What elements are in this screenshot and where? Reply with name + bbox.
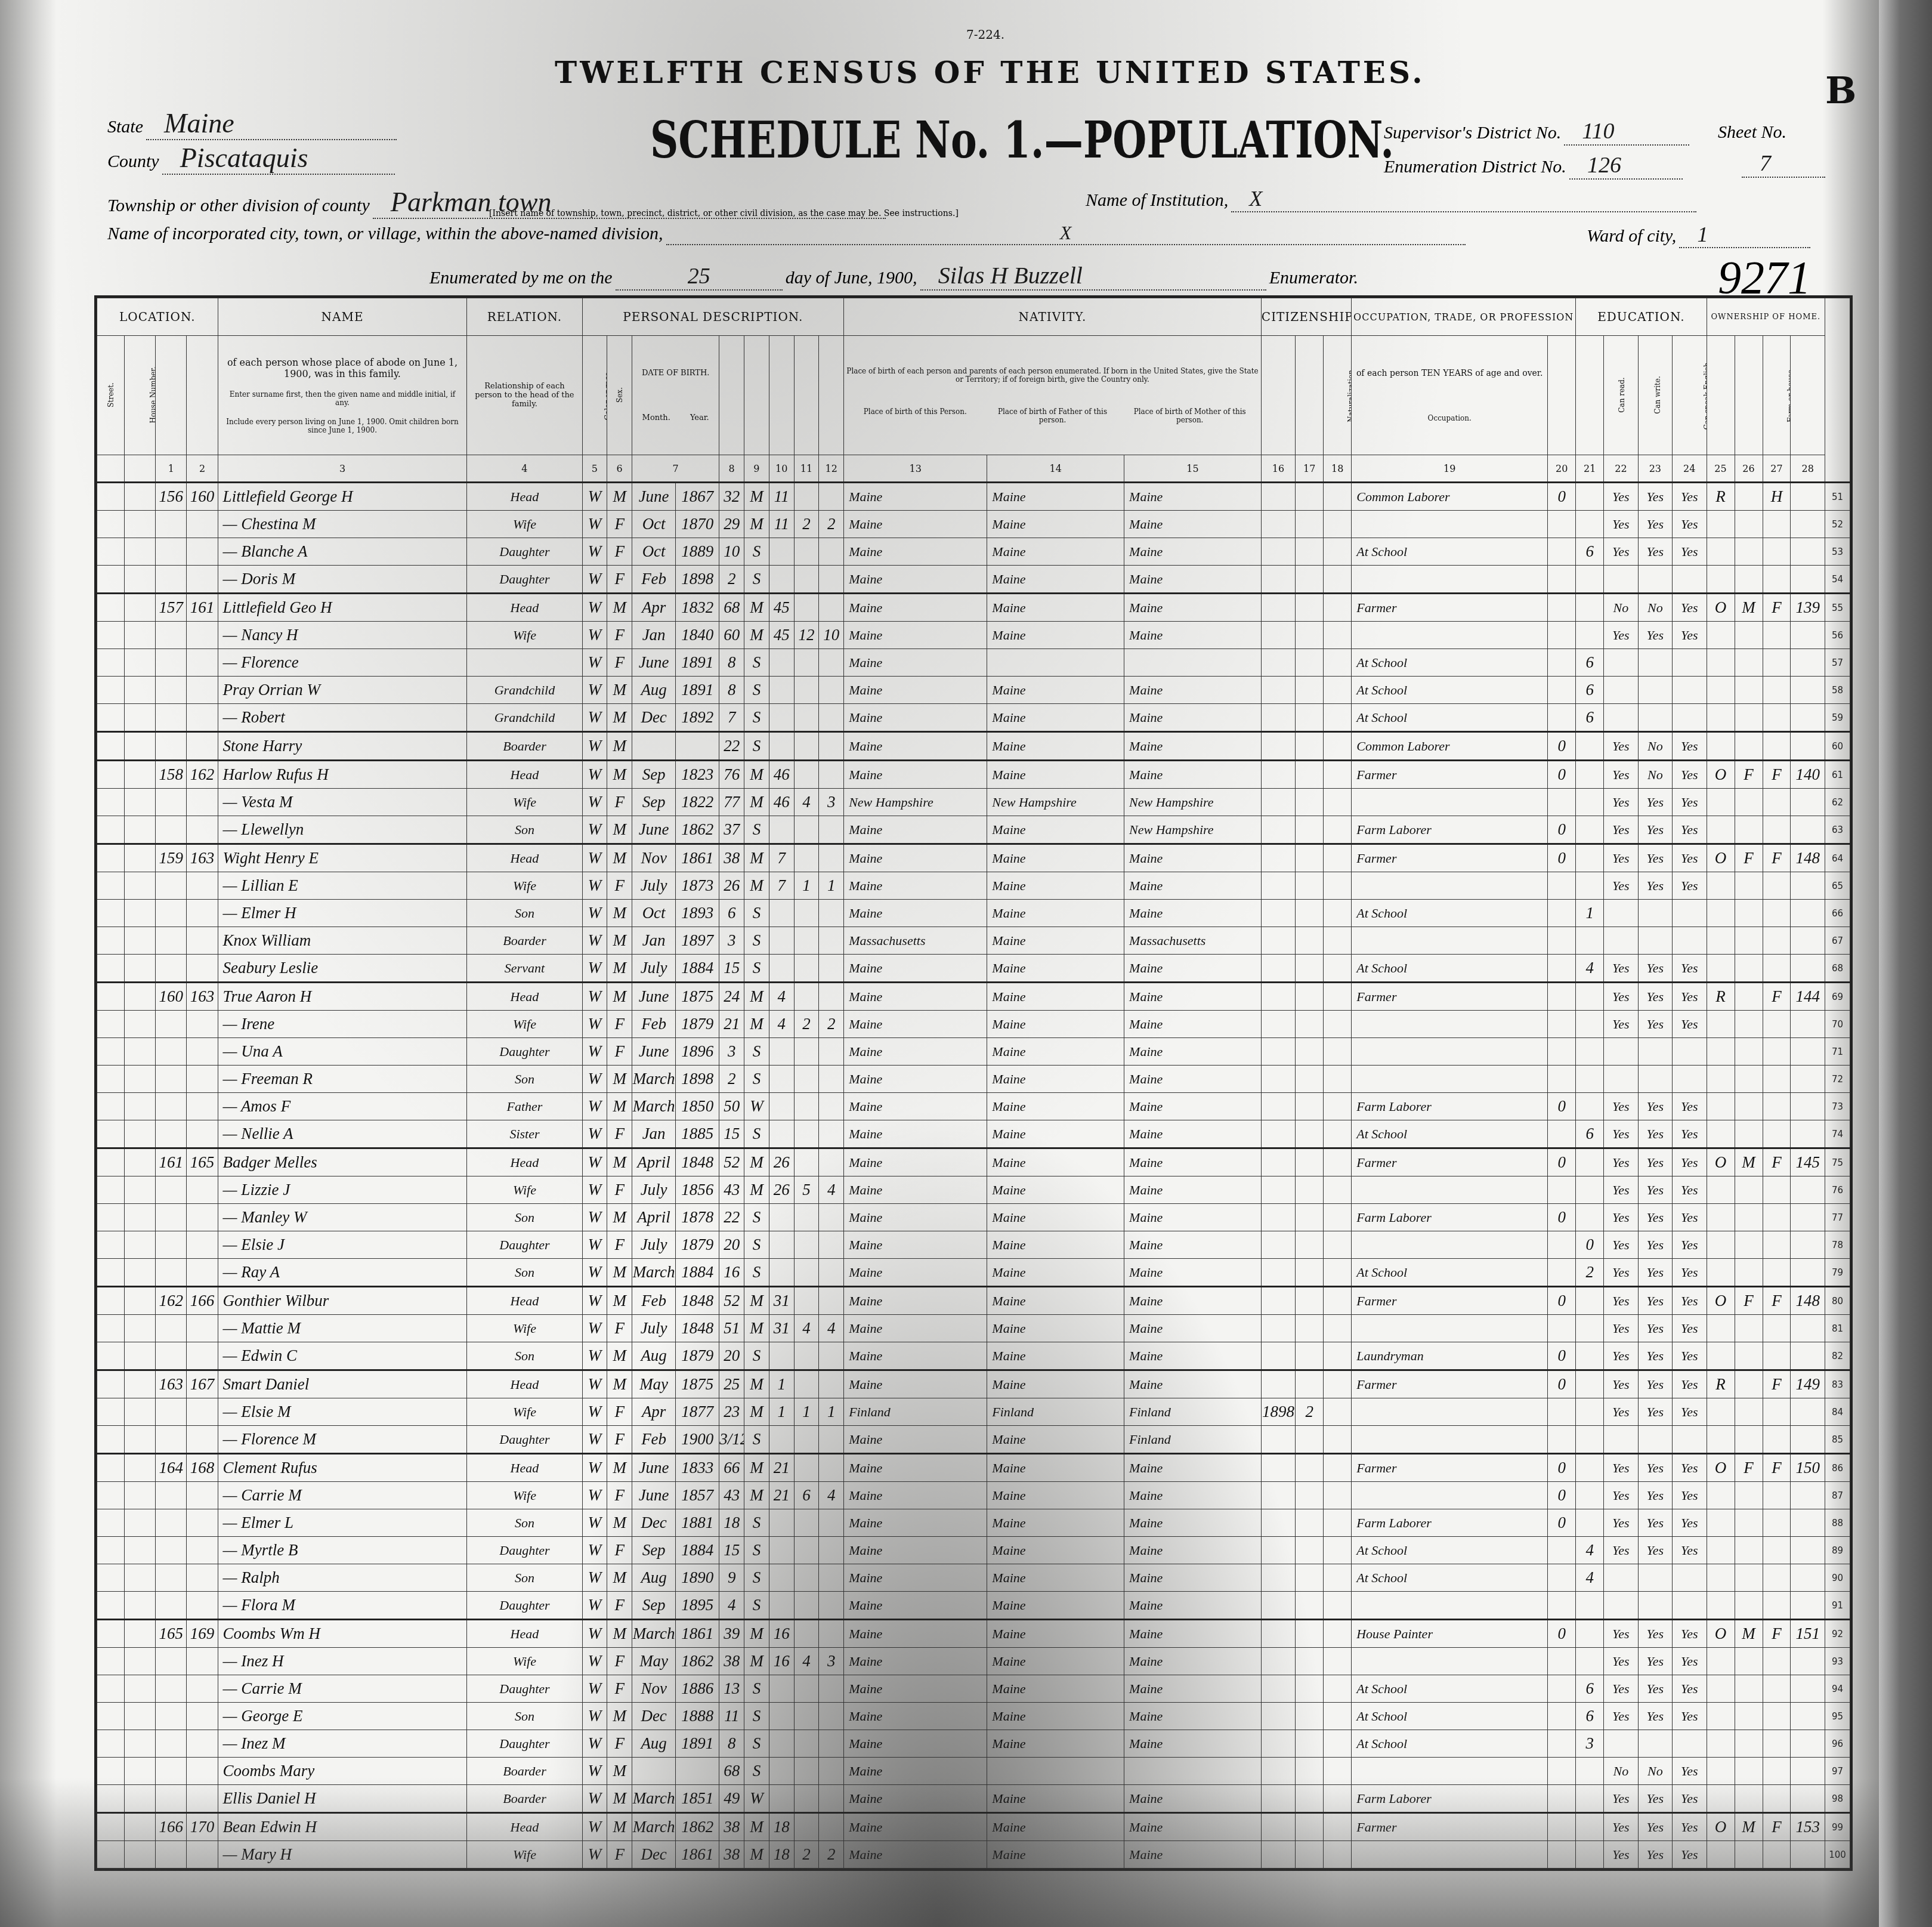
cell-immigration <box>1261 1564 1295 1592</box>
cell-family <box>187 1259 218 1287</box>
cell-street <box>97 1370 125 1398</box>
table-row: Coombs MaryBoarderWM68SMaineNoNoYes97 <box>97 1758 1850 1785</box>
cell-dwelling: 166 <box>156 1813 187 1841</box>
cell-read: Yes <box>1604 816 1638 844</box>
cell-marital: M <box>744 1176 769 1204</box>
cell-year: 1892 <box>676 704 719 732</box>
cell-naturalization <box>1324 483 1352 511</box>
cell-street <box>97 1841 125 1869</box>
cell-yrs-married <box>769 1066 794 1093</box>
cell-marital: S <box>744 927 769 955</box>
cell-pob: New Hampshire <box>844 789 987 816</box>
cell-house <box>124 1785 155 1813</box>
cell-yrs-married <box>769 1231 794 1259</box>
cell-pob-mother: Massachusetts <box>1124 927 1262 955</box>
table-row: 158162Harlow Rufus HHeadWMSep182376M46Ma… <box>97 761 1850 789</box>
cell-name: Bean Edwin H <box>218 1813 467 1841</box>
cell-farm-house <box>1763 1703 1791 1730</box>
cell-unemployed <box>1548 622 1576 649</box>
cell-naturalization <box>1324 1509 1352 1537</box>
cell-read <box>1604 566 1638 594</box>
cell-farm-house <box>1763 1120 1791 1148</box>
cell-school <box>1576 1342 1604 1370</box>
cell-house <box>124 483 155 511</box>
cell-age: 11 <box>719 1703 744 1730</box>
cell-school <box>1576 927 1604 955</box>
cell-street <box>97 649 125 677</box>
cell-dwelling <box>156 1758 187 1785</box>
colnum-17: 17 <box>1296 455 1324 483</box>
cell-name: Coombs Wm H <box>218 1620 467 1648</box>
cell-school: 6 <box>1576 538 1604 566</box>
cell-read <box>1604 677 1638 704</box>
cell-house <box>124 511 155 538</box>
cell-yrs-married <box>769 649 794 677</box>
cell-immigration <box>1261 704 1295 732</box>
cell-occupation <box>1352 1841 1548 1869</box>
table-row: 156160Littlefield George HHeadWMJune1867… <box>97 483 1850 511</box>
cell-speak <box>1673 1426 1707 1454</box>
cell-pob-father: Maine <box>987 761 1124 789</box>
cell-occupation <box>1352 1398 1548 1426</box>
cell-free <box>1735 983 1763 1011</box>
cell-school <box>1576 1620 1604 1648</box>
cell-relation: Son <box>467 1204 582 1231</box>
cell-years-us <box>1296 1148 1324 1176</box>
cell-farm-house <box>1763 1426 1791 1454</box>
cell-years-us <box>1296 1482 1324 1509</box>
cell-name: — Mary H <box>218 1841 467 1869</box>
cell-line: 72 <box>1825 1066 1850 1093</box>
cell-name: — Lizzie J <box>218 1176 467 1204</box>
cell-write: Yes <box>1638 1259 1672 1287</box>
cell-farm-house <box>1763 677 1791 704</box>
institution-label: Name of Institution, <box>1086 190 1228 210</box>
cell-immigration <box>1261 1620 1295 1648</box>
cell-farm-house: F <box>1763 844 1791 872</box>
cell-marital: S <box>744 1231 769 1259</box>
cell-color: W <box>582 955 607 983</box>
cell-name: — Inez H <box>218 1648 467 1675</box>
cell-speak <box>1673 649 1707 677</box>
cell-year: 1856 <box>676 1176 719 1204</box>
cell-street <box>97 1537 125 1564</box>
cell-line: 93 <box>1825 1648 1850 1675</box>
cell-pob: Maine <box>844 677 987 704</box>
cell-owned <box>1707 1315 1735 1342</box>
cell-pob: Maine <box>844 1648 987 1675</box>
cell-speak <box>1673 1066 1707 1093</box>
cell-mother-of: 12 <box>794 622 819 649</box>
cell-family <box>187 789 218 816</box>
cell-dwelling <box>156 1703 187 1730</box>
cell-speak: Yes <box>1673 1287 1707 1315</box>
cell-line: 77 <box>1825 1204 1850 1231</box>
cell-unemployed <box>1548 1398 1576 1426</box>
cell-pob-mother: Maine <box>1124 538 1262 566</box>
cell-yrs-married: 11 <box>769 511 794 538</box>
cell-mother-of <box>794 1537 819 1564</box>
cell-line: 76 <box>1825 1176 1850 1204</box>
cell-owned <box>1707 1703 1735 1730</box>
cell-family <box>187 816 218 844</box>
nativity-subheaders: Place of birth of this Person. Place of … <box>846 407 1259 424</box>
cell-yrs-married: 18 <box>769 1841 794 1869</box>
cell-pob: Maine <box>844 1315 987 1342</box>
cell-pob-father: Maine <box>987 1038 1124 1066</box>
cell-age: 25 <box>719 1370 744 1398</box>
cell-immigration <box>1261 1592 1295 1620</box>
cell-years-us <box>1296 1342 1324 1370</box>
cell-age: 52 <box>719 1148 744 1176</box>
cell-pob-father: Maine <box>987 1592 1124 1620</box>
cell-schedule <box>1791 955 1825 983</box>
cell-free <box>1735 677 1763 704</box>
cell-dwelling <box>156 511 187 538</box>
cell-house <box>124 816 155 844</box>
cell-pob-mother: Maine <box>1124 1204 1262 1231</box>
cell-street <box>97 1592 125 1620</box>
cell-school <box>1576 1204 1604 1231</box>
cell-year: 1850 <box>676 1093 719 1120</box>
cell-year: 1848 <box>676 1287 719 1315</box>
cell-sex: M <box>607 1148 632 1176</box>
cell-month: June <box>632 483 676 511</box>
supervisor-field: Supervisor's District No. 110 <box>1384 118 1689 146</box>
cell-read: Yes <box>1604 1620 1638 1648</box>
cell-read: No <box>1604 594 1638 622</box>
cell-age: 9 <box>719 1564 744 1592</box>
cell-pob: Maine <box>844 1620 987 1648</box>
cell-years-us <box>1296 1813 1324 1841</box>
cell-year: 1862 <box>676 1648 719 1675</box>
cell-living <box>819 1231 844 1259</box>
cell-unemployed: 0 <box>1548 1370 1576 1398</box>
cell-free <box>1735 1426 1763 1454</box>
cell-street <box>97 622 125 649</box>
cell-year: 1886 <box>676 1675 719 1703</box>
cell-age: 68 <box>719 1758 744 1785</box>
cell-owned <box>1707 1564 1735 1592</box>
cell-month: July <box>632 1231 676 1259</box>
cell-line: 90 <box>1825 1564 1850 1592</box>
cell-year: 1895 <box>676 1592 719 1620</box>
table-row: — Lizzie JWifeWFJuly185643M2654MaineMain… <box>97 1176 1850 1204</box>
cell-color: W <box>582 1398 607 1426</box>
cell-name: — Freeman R <box>218 1066 467 1093</box>
years-us-header: Number of years in the United States. <box>1296 336 1324 455</box>
cell-write: Yes <box>1638 1148 1672 1176</box>
cell-speak <box>1673 1592 1707 1620</box>
cell-owned <box>1707 816 1735 844</box>
cell-free: F <box>1735 1454 1763 1482</box>
cell-schedule <box>1791 1342 1825 1370</box>
cell-farm-house: F <box>1763 1370 1791 1398</box>
cell-unemployed <box>1548 983 1576 1011</box>
table-row: — Amos FFatherWMMarch185050WMaineMaineMa… <box>97 1093 1850 1120</box>
cell-age: 2 <box>719 1066 744 1093</box>
cell-pob-mother: Maine <box>1124 1370 1262 1398</box>
cell-school <box>1576 566 1604 594</box>
cell-years-us <box>1296 511 1324 538</box>
cell-street <box>97 1648 125 1675</box>
cell-relation: Head <box>467 483 582 511</box>
cell-color: W <box>582 1509 607 1537</box>
cell-read: Yes <box>1604 1093 1638 1120</box>
cell-mother-of <box>794 1509 819 1537</box>
cell-yrs-married: 16 <box>769 1648 794 1675</box>
cell-age: 37 <box>719 816 744 844</box>
cell-family <box>187 1730 218 1758</box>
cell-relation: Daughter <box>467 1038 582 1066</box>
cell-farm-house <box>1763 1093 1791 1120</box>
cell-family <box>187 1093 218 1120</box>
cell-read: Yes <box>1604 1315 1638 1342</box>
cell-free <box>1735 483 1763 511</box>
cell-unemployed <box>1548 1038 1576 1066</box>
cell-sex: F <box>607 1841 632 1869</box>
cell-write: Yes <box>1638 844 1672 872</box>
cell-write: Yes <box>1638 1176 1672 1204</box>
cell-speak <box>1673 704 1707 732</box>
cell-relation: Head <box>467 1287 582 1315</box>
cell-years-us: 2 <box>1296 1398 1324 1426</box>
cell-schedule <box>1791 1703 1825 1730</box>
cell-age: 7 <box>719 704 744 732</box>
cell-write: Yes <box>1638 1813 1672 1841</box>
cell-month: Aug <box>632 1730 676 1758</box>
cell-pob: Maine <box>844 1703 987 1730</box>
cell-sex: M <box>607 1785 632 1813</box>
cell-dwelling <box>156 927 187 955</box>
cell-color: W <box>582 1482 607 1509</box>
cell-pob-mother: Maine <box>1124 1785 1262 1813</box>
cell-owned <box>1707 1231 1735 1259</box>
cell-living <box>819 1537 844 1564</box>
cell-write: Yes <box>1638 1675 1672 1703</box>
table-row: — Inez MDaughterWFAug18918SMaineMaineMai… <box>97 1730 1850 1758</box>
cell-relation: Boarder <box>467 927 582 955</box>
cell-mother-of <box>794 1204 819 1231</box>
cell-years-us <box>1296 732 1324 761</box>
table-row: — Nellie ASisterWFJan188515SMaineMaineMa… <box>97 1120 1850 1148</box>
table-row: 160163True Aaron HHeadWMJune187524M4Main… <box>97 983 1850 1011</box>
cell-color: W <box>582 1231 607 1259</box>
cell-speak: Yes <box>1673 1342 1707 1370</box>
cell-write: Yes <box>1638 1841 1672 1869</box>
cell-marital: S <box>744 1537 769 1564</box>
cell-pob-father: Maine <box>987 983 1124 1011</box>
cell-dwelling <box>156 1509 187 1537</box>
cell-line: 51 <box>1825 483 1850 511</box>
cell-name: — Lillian E <box>218 872 467 900</box>
cell-speak: Yes <box>1673 594 1707 622</box>
cell-family <box>187 900 218 927</box>
county-field: County Piscataquis <box>107 142 395 175</box>
cell-speak: Yes <box>1673 983 1707 1011</box>
cell-years-us <box>1296 844 1324 872</box>
cell-name: — Ray A <box>218 1259 467 1287</box>
cell-age: 3 <box>719 927 744 955</box>
cell-living: 4 <box>819 1315 844 1342</box>
cell-family <box>187 1509 218 1537</box>
cell-immigration <box>1261 927 1295 955</box>
cell-month: June <box>632 816 676 844</box>
cell-schedule <box>1791 816 1825 844</box>
cell-years-us <box>1296 1426 1324 1454</box>
cell-unemployed <box>1548 1011 1576 1038</box>
cell-marital: M <box>744 511 769 538</box>
cell-sex: M <box>607 1259 632 1287</box>
cell-owned <box>1707 789 1735 816</box>
cell-read: Yes <box>1604 872 1638 900</box>
cell-street <box>97 1620 125 1648</box>
cell-write: Yes <box>1638 483 1672 511</box>
group-name: NAME <box>218 298 467 336</box>
cell-marital: M <box>744 594 769 622</box>
cell-pob-mother: Maine <box>1124 1675 1262 1703</box>
cell-house <box>124 1454 155 1482</box>
cell-living <box>819 1592 844 1620</box>
cell-dwelling: 157 <box>156 594 187 622</box>
cell-living <box>819 1758 844 1785</box>
cell-pob-father <box>987 1758 1124 1785</box>
cell-relation: Head <box>467 1148 582 1176</box>
cell-free <box>1735 1537 1763 1564</box>
cell-relation: Daughter <box>467 1231 582 1259</box>
cell-immigration <box>1261 649 1295 677</box>
cell-age: 22 <box>719 1204 744 1231</box>
cell-sex: M <box>607 1454 632 1482</box>
group-relation: RELATION. <box>467 298 582 336</box>
cell-relation: Wife <box>467 1315 582 1342</box>
cell-house <box>124 1730 155 1758</box>
cell-name: — Elsie J <box>218 1231 467 1259</box>
cell-living: 3 <box>819 789 844 816</box>
cell-year: 1890 <box>676 1564 719 1592</box>
cell-write: Yes <box>1638 1703 1672 1730</box>
cell-pob-father: Maine <box>987 594 1124 622</box>
cell-living <box>819 927 844 955</box>
cell-farm-house <box>1763 1259 1791 1287</box>
cell-living <box>819 1675 844 1703</box>
cell-speak: Yes <box>1673 1148 1707 1176</box>
cell-mother-of <box>794 816 819 844</box>
table-row: — Inez HWifeWFMay186238M1643MaineMaineMa… <box>97 1648 1850 1675</box>
cell-write <box>1638 927 1672 955</box>
cell-mother-of <box>794 538 819 566</box>
cell-pob-father: Maine <box>987 732 1124 761</box>
cell-read: Yes <box>1604 1537 1638 1564</box>
cell-owned <box>1707 1398 1735 1426</box>
cell-mother-of <box>794 1730 819 1758</box>
cell-free <box>1735 566 1763 594</box>
cell-year: 1851 <box>676 1785 719 1813</box>
cell-name: — Elmer H <box>218 900 467 927</box>
cell-years-us <box>1296 649 1324 677</box>
cell-owned <box>1707 872 1735 900</box>
cell-immigration <box>1261 511 1295 538</box>
cell-street <box>97 1231 125 1259</box>
colnum-23: 23 <box>1638 455 1672 483</box>
cell-occupation: At School <box>1352 1120 1548 1148</box>
cell-yrs-married: 26 <box>769 1148 794 1176</box>
cell-free <box>1735 1398 1763 1426</box>
cell-schedule: 150 <box>1791 1454 1825 1482</box>
cell-age: 43 <box>719 1176 744 1204</box>
cell-family: 167 <box>187 1370 218 1398</box>
cell-month: Feb <box>632 1287 676 1315</box>
cell-street <box>97 704 125 732</box>
cell-dwelling <box>156 1120 187 1148</box>
cell-house <box>124 1564 155 1592</box>
cell-unemployed <box>1548 927 1576 955</box>
cell-marital: S <box>744 1675 769 1703</box>
cell-owned: O <box>1707 761 1735 789</box>
cell-occupation: At School <box>1352 1730 1548 1758</box>
cell-school: 2 <box>1576 1259 1604 1287</box>
cell-month: April <box>632 1204 676 1231</box>
cell-mother-of <box>794 1148 819 1176</box>
cell-school <box>1576 761 1604 789</box>
table-row: — RobertGrandchildWMDec18927SMaineMaineM… <box>97 704 1850 732</box>
cell-pob-mother: Maine <box>1124 955 1262 983</box>
sub-header-row: Street. House Number. Number of dwelling… <box>97 336 1850 455</box>
cell-pob-father: Maine <box>987 1648 1124 1675</box>
cell-immigration <box>1261 1148 1295 1176</box>
cell-line: 87 <box>1825 1482 1850 1509</box>
cell-dwelling <box>156 1315 187 1342</box>
cell-living <box>819 1813 844 1841</box>
cell-color: W <box>582 1620 607 1648</box>
cell-farm-house <box>1763 1758 1791 1785</box>
cell-living <box>819 1426 844 1454</box>
cell-marital: S <box>744 566 769 594</box>
cell-age: 26 <box>719 872 744 900</box>
cell-year: 1881 <box>676 1509 719 1537</box>
cell-living <box>819 483 844 511</box>
table-row: 164168Clement RufusHeadWMJune183366M21Ma… <box>97 1454 1850 1482</box>
immigration-header: Year of immigration to the United States… <box>1261 336 1295 455</box>
cell-write <box>1638 1426 1672 1454</box>
cell-years-us <box>1296 1592 1324 1620</box>
cell-house <box>124 1398 155 1426</box>
cell-pob-mother: Maine <box>1124 704 1262 732</box>
cell-house <box>124 1592 155 1620</box>
cell-street <box>97 1398 125 1426</box>
cell-color: W <box>582 1592 607 1620</box>
cell-mother-of <box>794 1813 819 1841</box>
cell-pob-mother: Maine <box>1124 1315 1262 1342</box>
cell-unemployed: 0 <box>1548 1342 1576 1370</box>
cell-write: No <box>1638 1758 1672 1785</box>
colnum-6: 6 <box>607 455 632 483</box>
cell-street <box>97 927 125 955</box>
table-row: 165169Coombs Wm HHeadWMMarch186139M16Mai… <box>97 1620 1850 1648</box>
cell-pob: Massachusetts <box>844 927 987 955</box>
cell-yrs-married <box>769 1342 794 1370</box>
cell-schedule <box>1791 1176 1825 1204</box>
cell-month: Apr <box>632 1398 676 1426</box>
cell-pob: Maine <box>844 1342 987 1370</box>
table-row: — Lillian EWifeWFJuly187326M711MaineMain… <box>97 872 1850 900</box>
cell-family: 165 <box>187 1148 218 1176</box>
cell-relation: Daughter <box>467 1730 582 1758</box>
cell-read: Yes <box>1604 1648 1638 1675</box>
cell-living <box>819 1259 844 1287</box>
colnum-house <box>124 455 155 483</box>
cell-color: W <box>582 816 607 844</box>
